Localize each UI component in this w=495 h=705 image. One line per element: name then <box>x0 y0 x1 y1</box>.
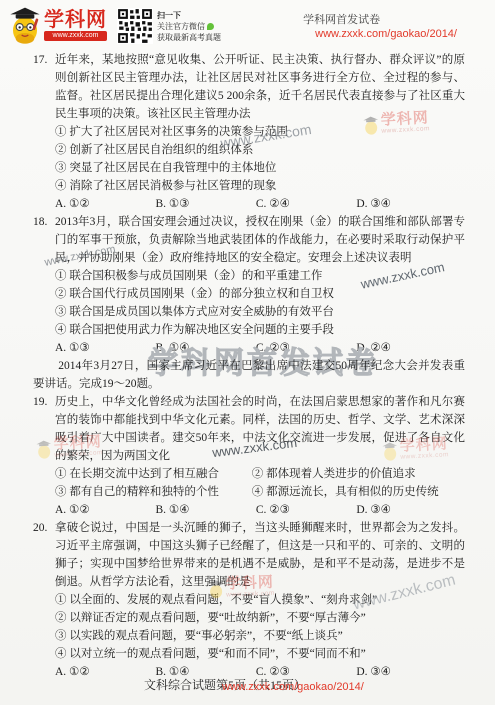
question-17-item-1: ① 扩大了社区居民对社区事务的决策参与范围 <box>55 123 465 141</box>
question-18-item-4: ④ 联合国把使用武力作为解决地区安全问题的主要手段 <box>55 321 465 339</box>
zxxk-mascot-icon <box>8 5 42 45</box>
question-20: 20. 拿破仑说过，中国是一头沉睡的狮子，当这头睡狮醒来时，世界都会为之发抖。习… <box>33 519 465 681</box>
qr-caption: 扫一下 关注官方微信 获取最新高考真题 <box>157 10 221 43</box>
questions-19-20-intro: 2014年3月27日，国家主席习近平在巴黎出席中法建交50周年纪念大会并发表重要… <box>33 357 465 393</box>
question-19-number: 19. <box>33 393 55 519</box>
question-18: 18. 2013年3月，联合国安理会通过决议，授权在刚果（金）的联合国维和部队部… <box>33 213 465 357</box>
question-20-item-1: ① 以全面的、发展的观点看问题，不要“盲人摸象”、“刻舟求剑” <box>55 591 465 609</box>
choice-d: D. ②④ <box>356 339 456 357</box>
question-18-choices: A. ①③ B. ①④ C. ②③ D. ②④ <box>55 339 465 357</box>
zxxk-logo: 学科网 www.zxxk.com <box>8 5 107 45</box>
question-17-item-3: ③ 突显了社区居民在自我管理中的主体地位 <box>55 159 465 177</box>
question-19-items: ① 在长期交流中达到了相互融合 ② 都体现着人类进步的价值追求 ③ 都有自己的精… <box>55 465 465 501</box>
zxxk-brand-name: 学科网 <box>44 9 107 31</box>
question-19-item-1: ① 在长期交流中达到了相互融合 <box>55 465 252 483</box>
question-17-number: 17. <box>33 51 55 213</box>
question-19: 19. 历史上，中华文化曾经成为法国社会的时尚，在法国启蒙思想家的著作和凡尔赛宫… <box>33 393 465 519</box>
header-slogan: 学科网首发试卷 <box>303 13 457 27</box>
qr-caption-line1: 扫一下 <box>157 10 221 21</box>
choice-c: C. ②④ <box>256 195 356 213</box>
question-18-stem: 2013年3月，联合国安理会通过决议，授权在刚果（金）的联合国维和部队部署专门的… <box>55 213 465 267</box>
choice-a: A. ①③ <box>55 339 155 357</box>
choice-b: B. ①④ <box>155 339 255 357</box>
question-20-number: 20. <box>33 519 55 681</box>
choice-a: A. ①② <box>55 195 155 213</box>
question-17-choices: A. ①② B. ①③ C. ②④ D. ③④ <box>55 195 465 213</box>
question-19-stem: 历史上，中华文化曾经成为法国社会的时尚，在法国启蒙思想家的著作和凡尔赛宫的装饰中… <box>55 393 465 465</box>
choice-b: B. ①④ <box>155 501 255 519</box>
choice-a: A. ①② <box>55 501 155 519</box>
zxxk-site-url: www.zxxk.com <box>44 31 107 41</box>
question-20-item-2: ② 以辩证否定的观点看问题，要“吐故纳新”，不要“厚古薄今” <box>55 609 465 627</box>
question-18-item-3: ③ 联合国是成员国以集体方式应对安全威胁的有效平台 <box>55 303 465 321</box>
wechat-icon <box>207 23 214 30</box>
question-17-item-4: ④ 消除了社区居民消极参与社区管理的现象 <box>55 177 465 195</box>
qr-code-icon <box>117 8 153 44</box>
question-17: 17. 近年来，某地按照“意见收集、公开听证、民主决策、执行督办、群众评议”的原… <box>33 51 465 213</box>
question-19-item-2: ② 都体现着人类进步的价值追求 <box>252 465 465 483</box>
question-20-stem: 拿破仑说过，中国是一头沉睡的狮子，当这头睡狮醒来时，世界都会为之发抖。习近平主席… <box>55 519 465 591</box>
choice-b: B. ①③ <box>155 195 255 213</box>
question-17-item-2: ② 创新了社区居民自治组织的组织体系 <box>55 141 465 159</box>
question-18-item-1: ① 联合国积极参与成员国刚果（金）的和平重建工作 <box>55 267 465 285</box>
choice-c: C. ②③ <box>256 339 356 357</box>
zxxk-logo-text: 学科网 www.zxxk.com <box>44 9 107 41</box>
header-url: www.zxxk.com/gaokao/2014/ <box>303 27 457 41</box>
question-20-item-4: ④ 以对立统一的观点看问题，要“和而不同”，不要“同而不和” <box>55 645 465 663</box>
exam-paper-page: 学科网 www.zxxk.com <box>0 0 495 705</box>
question-20-item-3: ③ 以实践的观点看问题，要“事必躬亲”，不要“纸上谈兵” <box>55 627 465 645</box>
question-19-choices: A. ①② B. ①④ C. ②③ D. ③④ <box>55 501 465 519</box>
qr-caption-line3: 获取最新高考真题 <box>157 32 221 43</box>
question-19-item-3: ③ 都有自己的精粹和独特的个性 <box>55 483 252 501</box>
question-17-stem: 近年来，某地按照“意见收集、公开听证、民主决策、执行督办、群众评议”的原则创新社… <box>55 51 465 123</box>
qr-caption-line2: 关注官方微信 <box>157 21 221 32</box>
choice-c: C. ②③ <box>256 501 356 519</box>
choice-d: D. ③④ <box>356 195 456 213</box>
choice-d: D. ③④ <box>356 501 456 519</box>
page-header: 学科网 www.zxxk.com <box>8 5 465 51</box>
question-19-item-4: ④ 都源远流长，具有相似的历史传统 <box>252 483 465 501</box>
qr-block: 扫一下 关注官方微信 获取最新高考真题 <box>117 8 221 44</box>
question-18-number: 18. <box>33 213 55 357</box>
footer-watermark-url: www.zxxk.com/gaokao/2014/ <box>222 681 364 693</box>
header-right-block: 学科网首发试卷 www.zxxk.com/gaokao/2014/ <box>303 5 457 41</box>
question-18-item-2: ② 联合国代行成员国刚果（金）的部分独立权和自卫权 <box>55 285 465 303</box>
